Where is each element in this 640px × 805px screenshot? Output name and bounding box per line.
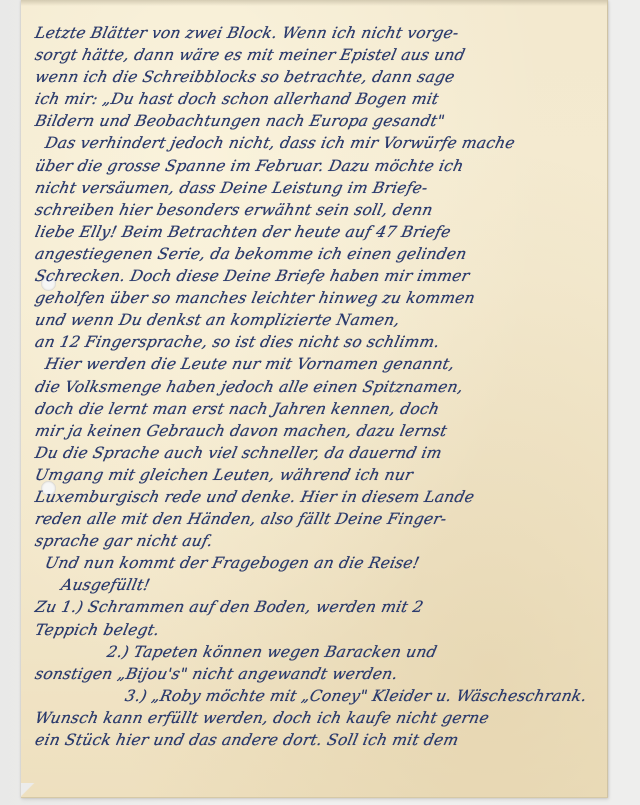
text-line: Luxemburgisch rede und denke. Hier in di… (33, 486, 608, 508)
text-line: Umgang mit gleichen Leuten, während ich … (33, 464, 608, 486)
text-line: an 12 Fingersprache, so ist dies nicht s… (33, 331, 608, 353)
text-line: angestiegenen Serie, da bekomme ich eine… (33, 243, 608, 265)
text-line: Ausgefüllt! (33, 574, 608, 596)
text-line: reden alle mit den Händen, also fällt De… (33, 508, 608, 530)
text-line: ein Stück hier und das andere dort. Soll… (33, 729, 608, 751)
text-line: Das verhindert jedoch nicht, dass ich mi… (33, 132, 608, 154)
text-line: Bildern und Beobachtungen nach Europa ge… (33, 110, 608, 132)
text-line: geholfen über so manches leichter hinweg… (33, 287, 608, 309)
letter-page: Letzte Blätter von zwei Block. Wenn ich … (21, 0, 608, 798)
text-line: ich mir: „Du hast doch schon allerhand B… (33, 88, 608, 110)
text-line: Du die Sprache auch viel schneller, da d… (33, 442, 608, 464)
text-line: sprache gar nicht auf. (33, 530, 608, 552)
text-line: mir ja keinen Gebrauch davon machen, daz… (33, 420, 608, 442)
text-line: Schrecken. Doch diese Deine Briefe haben… (33, 265, 608, 287)
text-line: Und nun kommt der Fragebogen an die Reis… (33, 552, 608, 574)
text-line: und wenn Du denkst an komplizierte Namen… (33, 309, 608, 331)
text-line: Wunsch kann erfüllt werden, doch ich kau… (33, 707, 608, 729)
text-line: über die grosse Spanne im Februar. Dazu … (33, 155, 608, 177)
text-line: nicht versäumen, dass Deine Leistung im … (33, 177, 608, 199)
text-line: Teppich belegt. (33, 619, 608, 641)
text-line: doch die lernt man erst nach Jahren kenn… (33, 398, 608, 420)
text-line: liebe Elly! Beim Betrachten der heute au… (33, 221, 608, 243)
text-line: sorgt hätte, dann wäre es mit meiner Epi… (33, 44, 608, 66)
text-line: 2.) Tapeten können wegen Baracken und (33, 641, 608, 663)
text-line: schreiben hier besonders erwähnt sein so… (33, 199, 608, 221)
text-line: wenn ich die Schreibblocks so betrachte,… (33, 66, 608, 88)
handwritten-text: Letzte Blätter von zwei Block. Wenn ich … (33, 22, 603, 751)
text-line: 3.) „Roby möchte mit „Coney" Kleider u. … (33, 685, 608, 707)
text-line: die Volksmenge haben jedoch alle einen S… (33, 376, 608, 398)
text-line: Zu 1.) Schrammen auf den Boden, werden m… (33, 596, 608, 618)
text-line: Letzte Blätter von zwei Block. Wenn ich … (33, 22, 608, 44)
text-line: sonstigen „Bijou's" nicht angewandt werd… (33, 663, 608, 685)
text-line: Hier werden die Leute nur mit Vornamen g… (33, 353, 608, 375)
scan-background: Letzte Blätter von zwei Block. Wenn ich … (0, 0, 640, 805)
